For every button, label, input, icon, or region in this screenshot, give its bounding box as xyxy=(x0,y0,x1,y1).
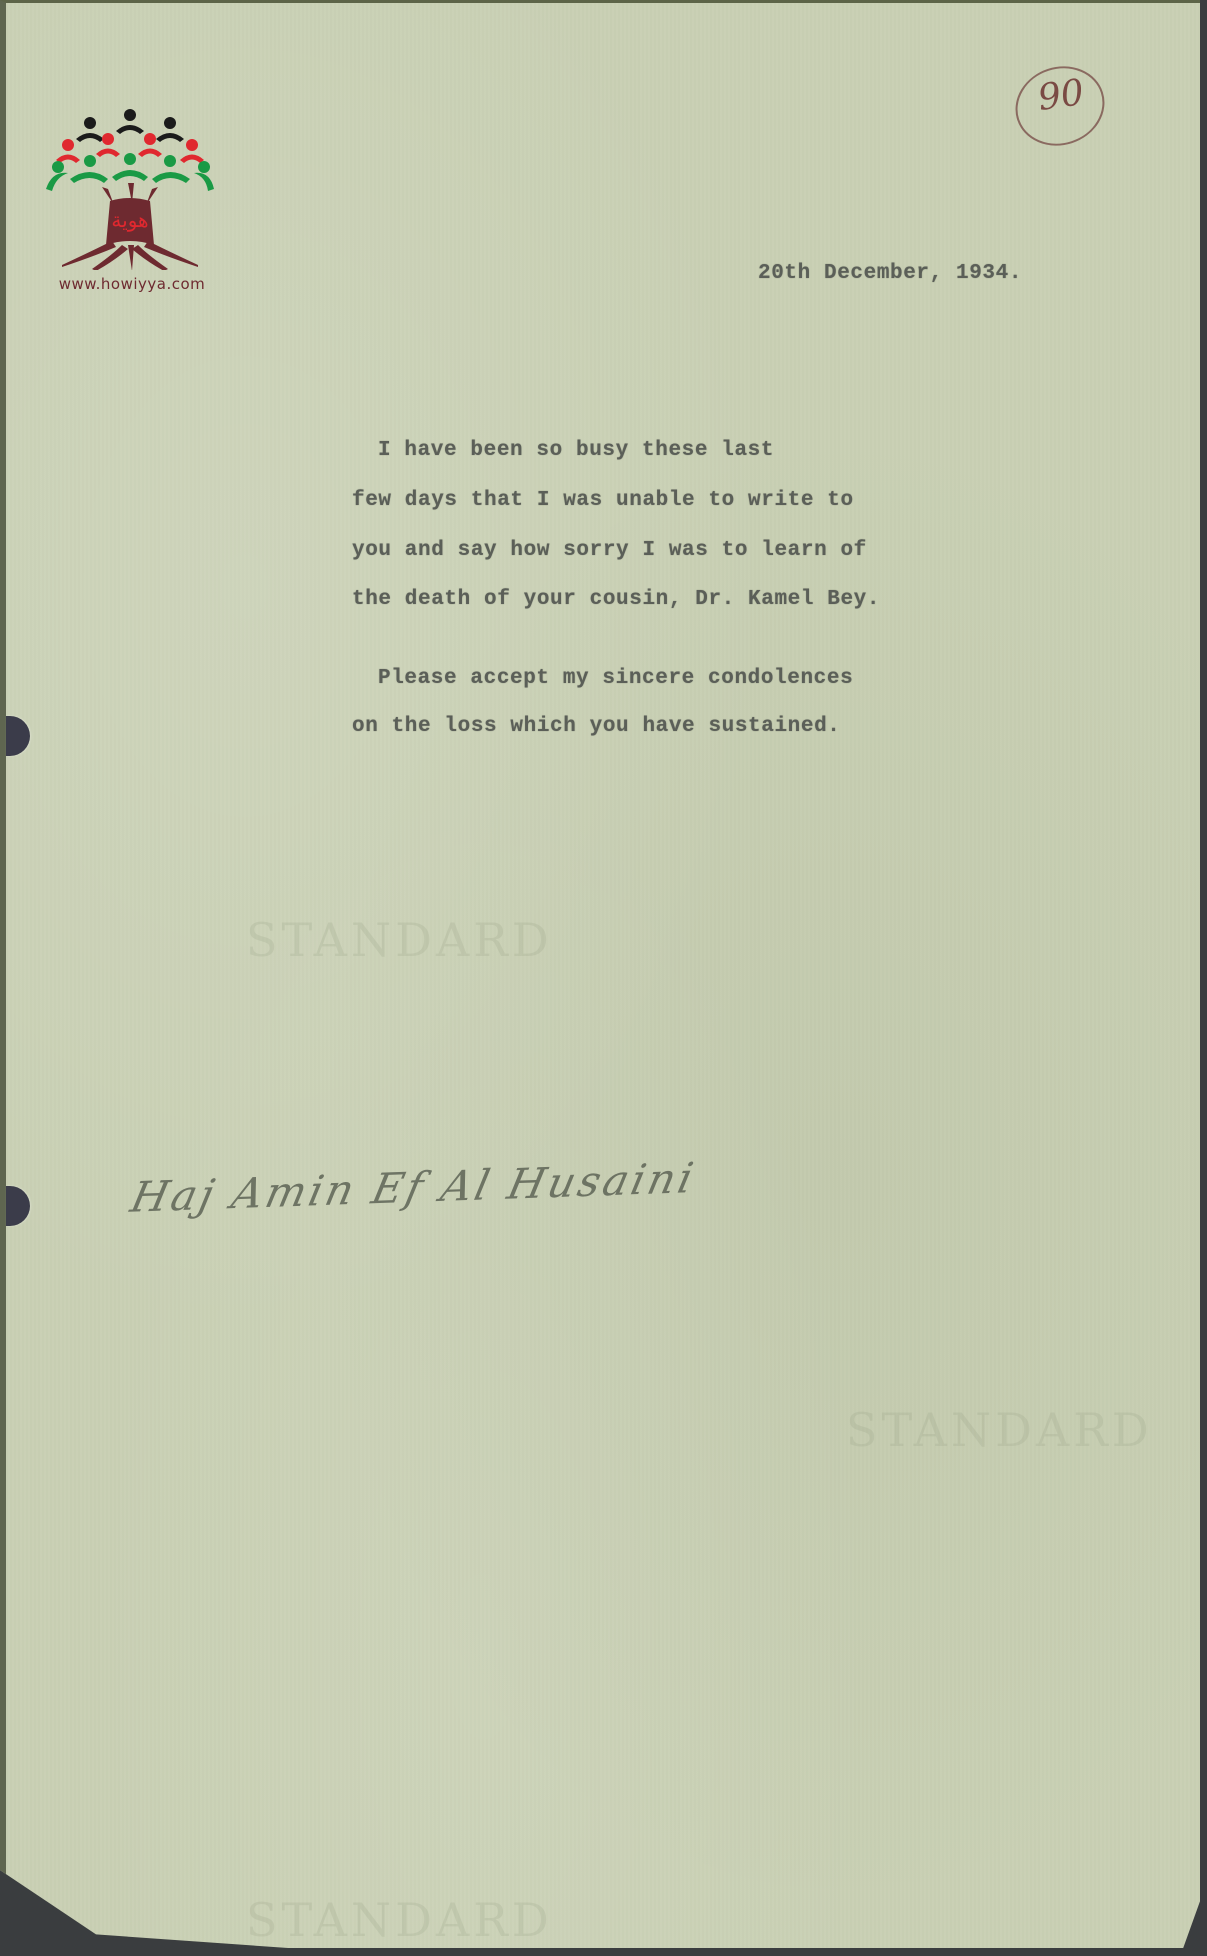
folio-stamp: 90 xyxy=(1012,61,1108,151)
letter-line: I have been so busy these last xyxy=(378,439,774,462)
letter-line: Please accept my sincere condolences xyxy=(378,667,853,690)
letter-date: 20th December, 1934. xyxy=(758,262,1022,285)
svg-text:هوية: هوية xyxy=(111,208,148,232)
paper-watermark: STANDARD xyxy=(846,1403,1153,1457)
scan-border-right xyxy=(1200,0,1207,1956)
paper-watermark: STANDARD xyxy=(246,1893,553,1947)
letter-line: few days that I was unable to write to xyxy=(352,489,854,512)
punch-hole xyxy=(6,1186,30,1226)
letter-line: the death of your cousin, Dr. Kamel Bey. xyxy=(352,588,880,611)
letter-line: you and say how sorry I was to learn of xyxy=(352,539,867,562)
letter-line: on the loss which you have sustained. xyxy=(352,715,840,738)
folio-number: 90 xyxy=(1035,72,1086,119)
handwritten-annotation: Haj Amin Ef Al Husaini xyxy=(126,1153,700,1221)
logo-site-url[interactable]: www.howiyya.com xyxy=(42,275,222,293)
scan-border-bottom xyxy=(0,1948,1207,1956)
paper-watermark: STANDARD xyxy=(246,913,553,967)
punch-hole xyxy=(6,716,30,756)
document-page: STANDARD STANDARD STANDARD xyxy=(0,0,1200,1948)
howiyya-logo[interactable]: هوية www.howiyya.com xyxy=(42,105,222,295)
tree-of-people-logo-icon: هوية xyxy=(42,105,222,270)
